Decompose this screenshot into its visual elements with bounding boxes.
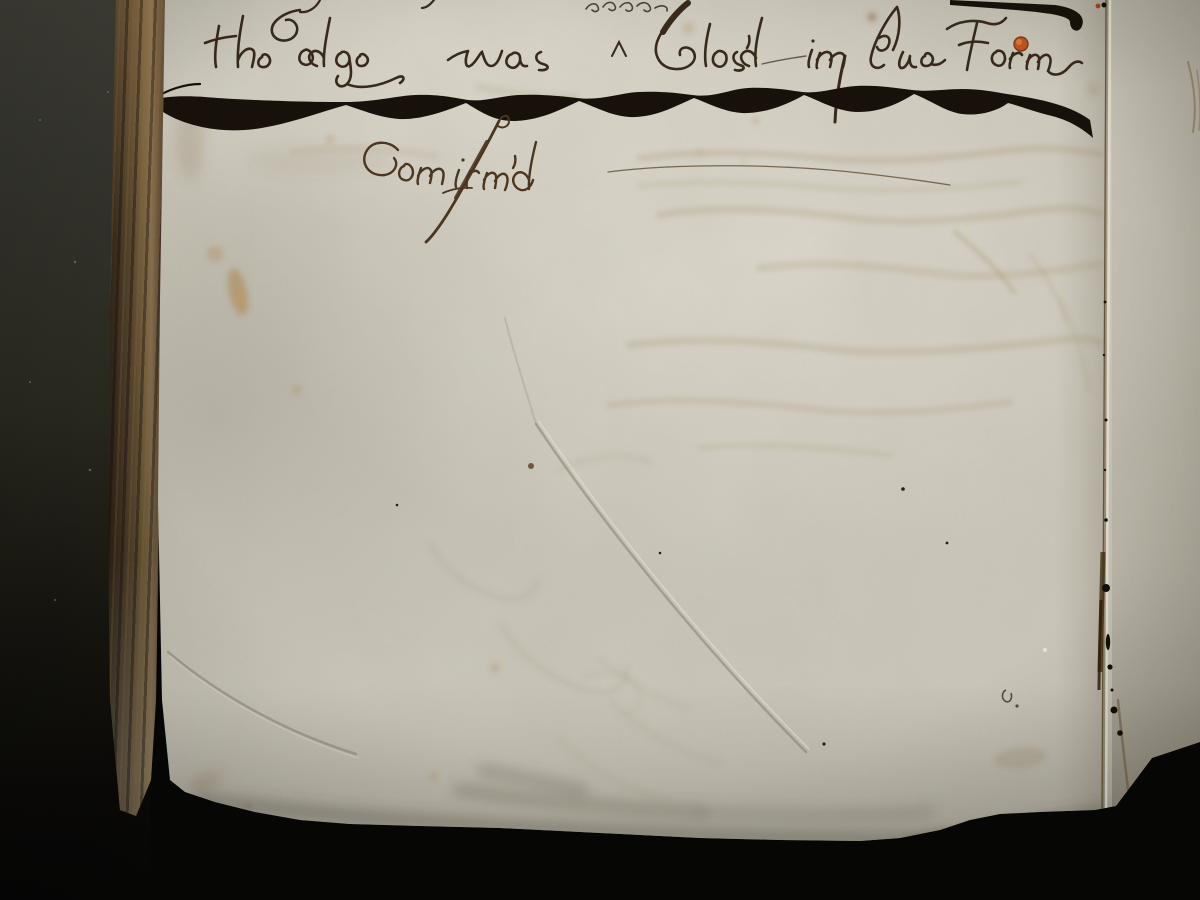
manuscript-page [0, 0, 1200, 900]
photo-canvas: the Lodge was again Clos'd in Due Form C… [0, 0, 1200, 900]
